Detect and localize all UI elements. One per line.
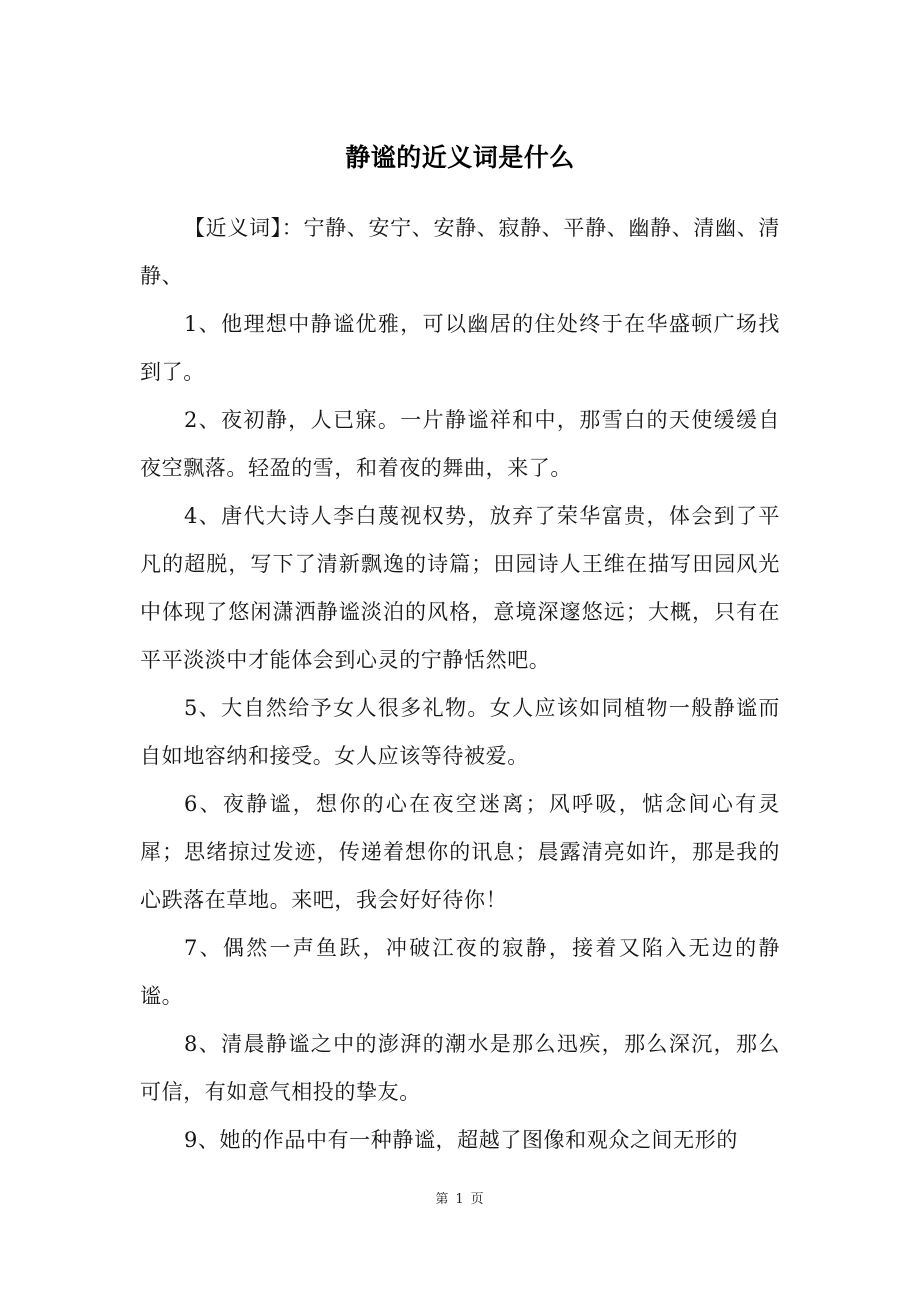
paragraph-example-9: 9、她的作品中有一种静谧，超越了图像和观众之间无形的 <box>140 1116 780 1164</box>
page-number-suffix: 页 <box>471 1192 485 1207</box>
paragraph-example-7: 7、偶然一声鱼跃，冲破江夜的寂静，接着又陷入无边的静谧。 <box>140 924 780 1020</box>
page-number-prefix: 第 <box>435 1192 449 1207</box>
page-footer: 第1页 <box>0 1190 920 1210</box>
paragraph-synonyms: 【近义词】：宁静、安宁、安静、寂静、平静、幽静、清幽、清静、 <box>140 204 780 300</box>
paragraph-example-4: 4、唐代大诗人李白蔑视权势，放弃了荣华富贵，体会到了平凡的超脱，写下了清新飘逸的… <box>140 492 780 684</box>
page-number: 1 <box>455 1192 464 1207</box>
document-body: 【近义词】：宁静、安宁、安静、寂静、平静、幽静、清幽、清静、 1、他理想中静谧优… <box>140 204 780 1164</box>
paragraph-example-6: 6、夜静谧，想你的心在夜空迷离；风呼吸，惦念间心有灵犀；思绪掠过发迹，传递着想你… <box>140 780 780 924</box>
paragraph-example-5: 5、大自然给予女人很多礼物。女人应该如同植物一般静谧而自如地容纳和接受。女人应该… <box>140 684 780 780</box>
paragraph-example-1: 1、他理想中静谧优雅，可以幽居的住处终于在华盛顿广场找到了。 <box>140 300 780 396</box>
document-page: 静谧的近义词是什么 【近义词】：宁静、安宁、安静、寂静、平静、幽静、清幽、清静、… <box>0 0 920 1302</box>
paragraph-example-8: 8、清晨静谧之中的澎湃的潮水是那么迅疾，那么深沉，那么可信，有如意气相投的挚友。 <box>140 1020 780 1116</box>
paragraph-example-2: 2、夜初静，人已寐。一片静谧祥和中，那雪白的天使缓缓自夜空飘落。轻盈的雪，和着夜… <box>140 396 780 492</box>
page-title: 静谧的近义词是什么 <box>0 138 920 178</box>
